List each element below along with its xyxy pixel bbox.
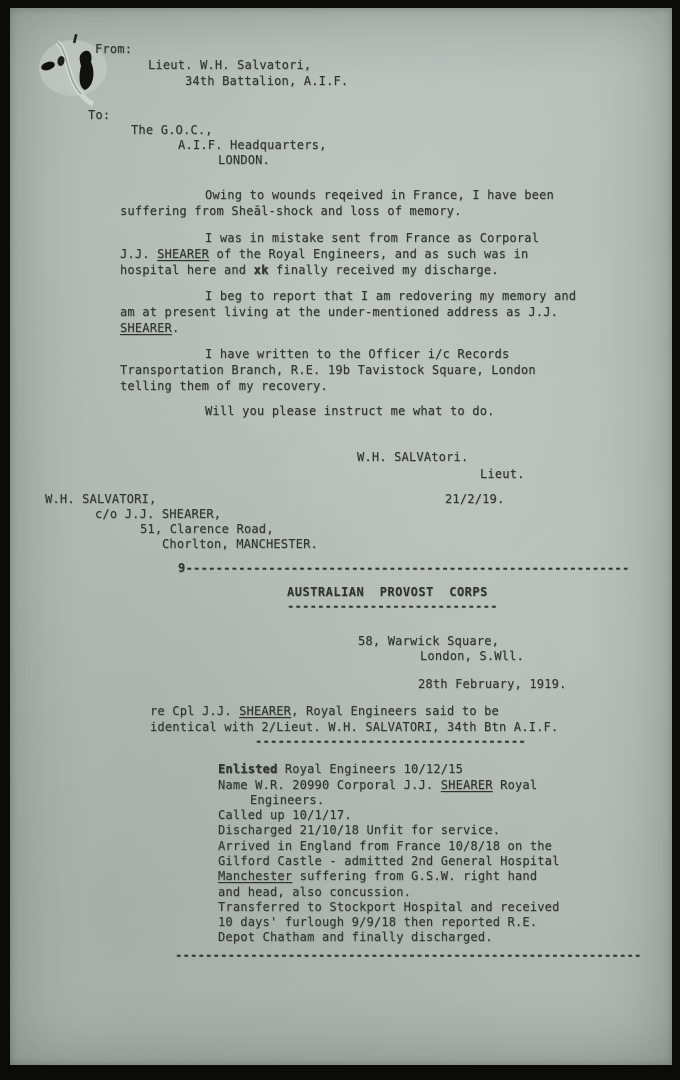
para1-line1: Owing to wounds reqeived in France, I ha… xyxy=(205,188,554,203)
para2-line3-pre: hospital here and xyxy=(120,263,254,277)
para2-line3: hospital here and xk finally received my… xyxy=(120,263,499,278)
record-manchester-rest: suffering from G.S.W. right hand xyxy=(292,869,537,883)
para3-line2: am at present living at the under-mentio… xyxy=(120,305,558,320)
para2-line3-post: finally received my discharge. xyxy=(269,263,499,277)
record-arrived: Arrived in England from France 10/8/18 o… xyxy=(218,839,552,854)
provost-address1: 58, Warwick Square, xyxy=(358,634,499,649)
record-enlisted-rest: Royal Engineers 10/12/15 xyxy=(277,762,463,776)
para4-line2: Transportation Branch, R.E. 19b Tavistoc… xyxy=(120,363,536,378)
re-line1-pre: re Cpl J.J. xyxy=(150,704,239,718)
enlisted-overstruck: Enlisted xyxy=(218,762,277,776)
address-street: 51, Clarence Road, xyxy=(140,522,274,537)
para5-line1: Will you please instruct me what to do. xyxy=(205,404,495,419)
paper-tear-hole xyxy=(35,28,121,112)
para1-line2: suffering from Sheāl-shock and loss of m… xyxy=(120,204,462,219)
bottom-divider: ----------------------------------------… xyxy=(175,948,642,963)
para2-line2: J.J. SHEARER of the Royal Engineers, and… xyxy=(120,247,528,262)
from-label: From: xyxy=(95,42,132,57)
shearer-underlined: SHEARER xyxy=(441,778,493,792)
para3-line3-period: . xyxy=(172,321,179,335)
para3-line1: I beg to report that I am redovering my … xyxy=(205,289,576,304)
from-name: Lieut. W.H. Salvatori, xyxy=(148,58,311,73)
address-city: Chorlton, MANCHESTER. xyxy=(162,537,318,552)
para2-line2-post: of the Royal Engineers, and as such was … xyxy=(209,247,528,261)
record-called-up: Called up 10/1/17. xyxy=(218,808,352,823)
address-care-of: c/o J.J. SHEARER, xyxy=(95,507,221,522)
to-unit: A.I.F. Headquarters, xyxy=(178,138,327,153)
para4-line1: I have written to the Officer i/c Record… xyxy=(205,347,509,362)
address-name: W.H. SALVATORI, xyxy=(45,492,156,507)
re-subject-line2: identical with 2/Lieut. W.H. SALVATORI, … xyxy=(150,720,558,735)
record-transferred: Transferred to Stockport Hospital and re… xyxy=(218,900,560,915)
record-discharged: Discharged 21/10/18 Unfit for service. xyxy=(218,823,500,838)
record-ship: Gilford Castle - admitted 2nd General Ho… xyxy=(218,854,560,869)
scanned-letter-photo: { "document": { "header": { "from_label"… xyxy=(0,0,680,1080)
record-furlough: 10 days' furlough 9/9/18 then reported R… xyxy=(218,915,537,930)
para2-line2-pre: J.J. xyxy=(120,247,157,261)
to-city: LONDON. xyxy=(218,153,270,168)
manchester-underlined: Manchester xyxy=(218,869,292,883)
provost-address2: London, S.Wll. xyxy=(420,649,524,664)
from-unit: 34th Battalion, A.I.F. xyxy=(185,74,348,89)
signature-rank: Lieut. xyxy=(480,467,525,482)
to-label: To: xyxy=(88,108,110,123)
shearer-underlined: SHEARER xyxy=(157,247,209,261)
to-name: The G.O.C., xyxy=(131,123,213,138)
re-subject-line1: re Cpl J.J. SHEARER, Royal Engineers sai… xyxy=(150,704,499,719)
record-depot: Depot Chatham and finally discharged. xyxy=(218,930,493,945)
letter-date: 21/2/19. xyxy=(445,492,504,507)
record-name-post: Royal xyxy=(493,778,538,792)
para4-line3: telling them of my recovery. xyxy=(120,379,328,394)
shearer-underlined: SHEARER xyxy=(120,321,172,335)
re-line1-post: , Royal Engineers said to be xyxy=(291,704,499,718)
signature-name: W.H. SALVAtori. xyxy=(357,450,468,465)
record-enlisted: Enlisted Royal Engineers 10/12/15 xyxy=(218,762,463,777)
typo-strikeover: xk xyxy=(254,263,269,277)
provost-title: AUSTRALIAN PROVOST CORPS xyxy=(287,585,488,600)
provost-title-underline: ---------------------------- xyxy=(287,599,498,614)
record-engineers: Engineers. xyxy=(250,793,324,808)
para3-line3: SHEARER. xyxy=(120,321,179,336)
record-name-pre: Name W.R. 20990 Corporal J.J. xyxy=(218,778,441,792)
record-name: Name W.R. 20990 Corporal J.J. SHEARER Ro… xyxy=(218,778,537,793)
shearer-underlined: SHEARER xyxy=(239,704,291,718)
record-concussion: and head, also concussion. xyxy=(218,885,411,900)
record-manchester: Manchester suffering from G.S.W. right h… xyxy=(218,869,537,884)
re-subject-underline: ------------------------------------ xyxy=(255,734,526,749)
section-divider: 9---------------------------------------… xyxy=(178,561,629,576)
para2-line1: I was in mistake sent from France as Cor… xyxy=(205,231,539,246)
provost-date: 28th February, 1919. xyxy=(418,677,567,692)
